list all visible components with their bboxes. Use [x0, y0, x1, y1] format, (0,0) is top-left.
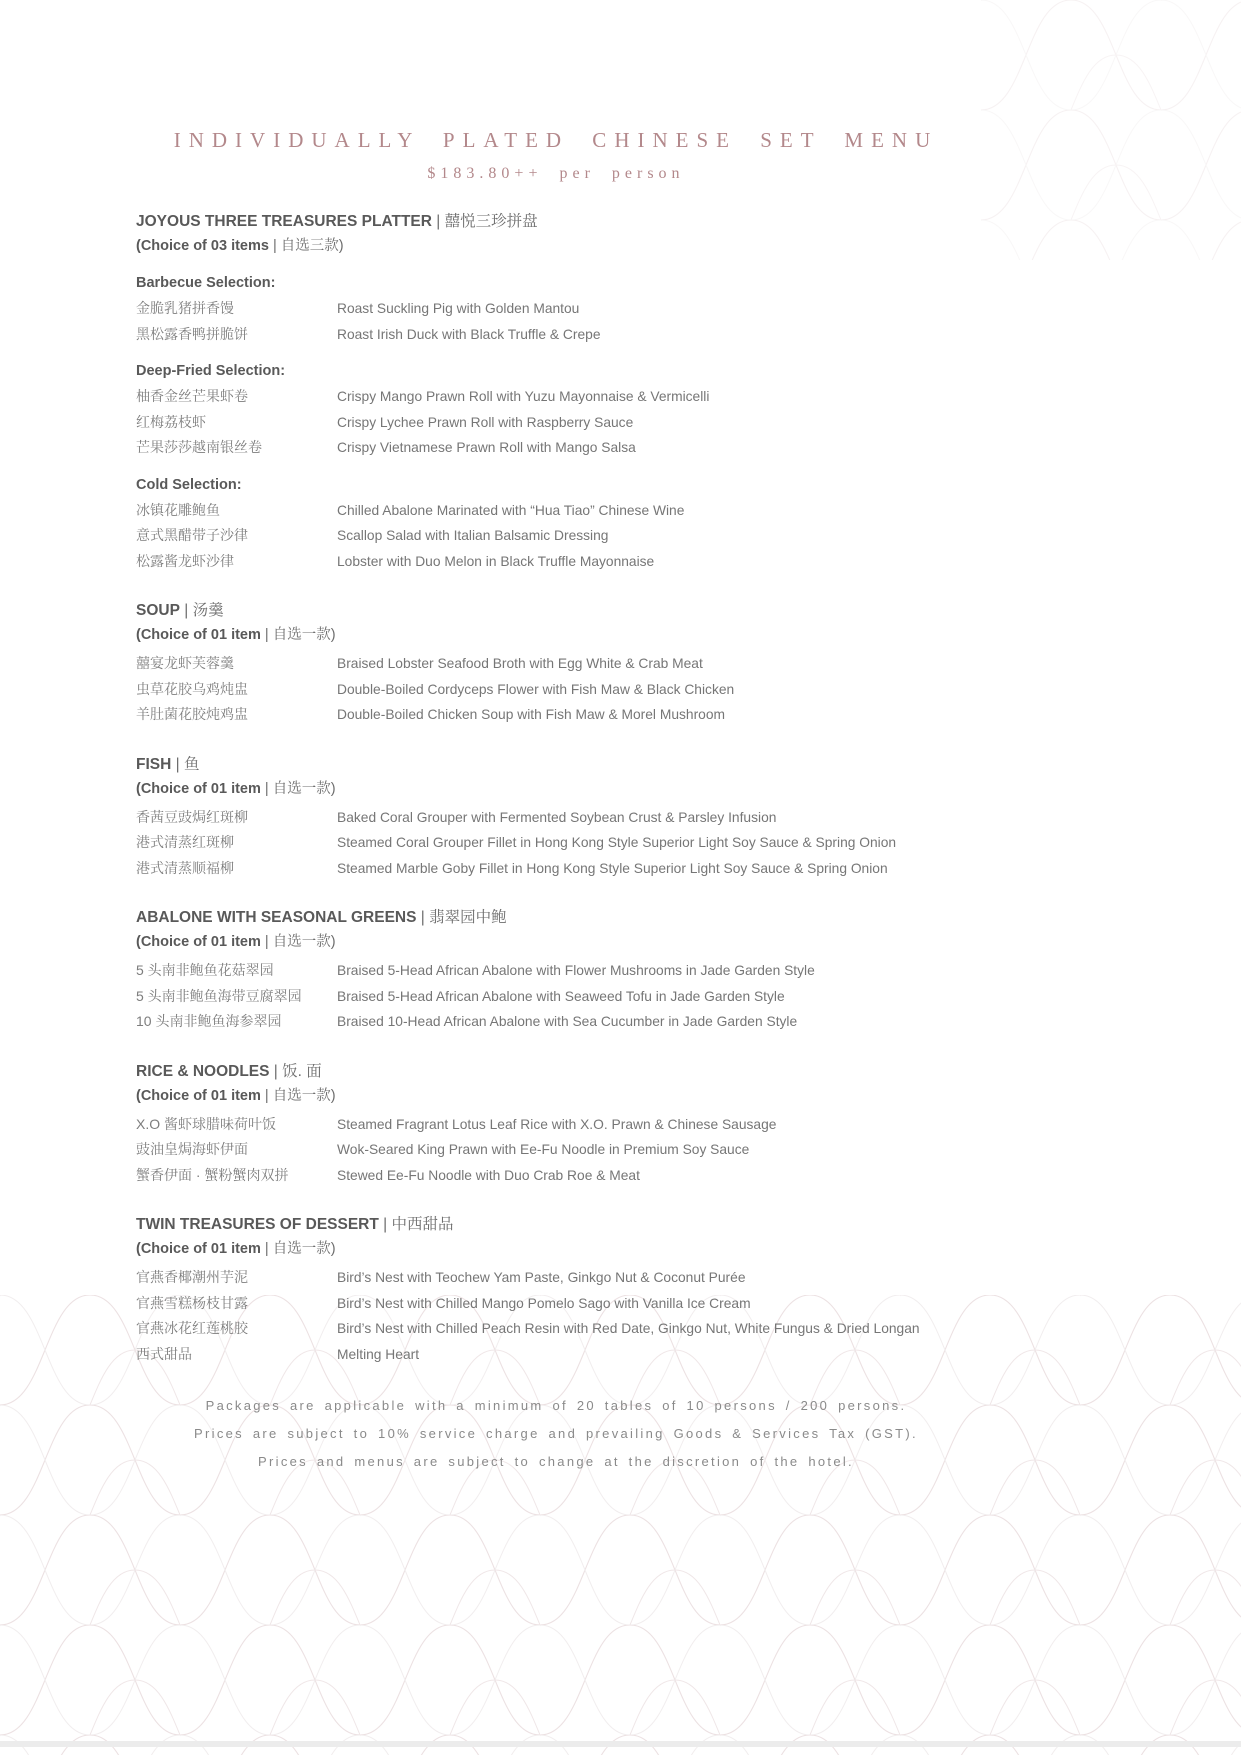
section-choice-en: (Choice of 01 item [136, 627, 261, 643]
section-choice-cn: | 自选一款) [261, 1241, 336, 1257]
menu-item-row: 囍宴龙虾芙蓉羹Braised Lobster Seafood Broth wit… [136, 651, 976, 677]
item-name-cn: 羊肚菌花胶炖鸡盅 [136, 702, 337, 728]
page-bottom-band [0, 1741, 1241, 1747]
section-choice-en: (Choice of 01 item [136, 934, 261, 950]
item-desc-en: Braised Lobster Seafood Broth with Egg W… [337, 651, 703, 677]
item-desc-en: Braised 5-Head African Abalone with Seaw… [337, 984, 785, 1010]
menu-page: INDIVIDUALLY PLATED CHINESE SET MENU $18… [0, 0, 1241, 1755]
menu-item-row: 芒果莎莎越南银丝卷Crispy Vietnamese Prawn Roll wi… [136, 435, 976, 461]
item-desc-en: Bird’s Nest with Chilled Mango Pomelo Sa… [337, 1291, 751, 1317]
menu-item-row: 豉油皇焗海虾伊面Wok-Seared King Prawn with Ee-Fu… [136, 1137, 976, 1163]
section-heading: FISH | 鱼 [136, 752, 976, 777]
section-heading: SOUP | 汤羹 [136, 598, 976, 623]
menu-section: RICE & NOODLES | 饭. 面(Choice of 01 item … [136, 1059, 976, 1189]
menu-item-row: 官燕香椰潮州芋泥Bird’s Nest with Teochew Yam Pas… [136, 1265, 976, 1291]
section-heading-cn: | 饭. 面 [269, 1063, 321, 1080]
item-name-cn: 5 头南非鲍鱼海带豆腐翠园 [136, 984, 337, 1010]
item-desc-en: Baked Coral Grouper with Fermented Soybe… [337, 805, 776, 831]
section-choice: (Choice of 03 items | 自选三款) [136, 234, 976, 259]
menu-item-row: 松露酱龙虾沙律Lobster with Duo Melon in Black T… [136, 549, 976, 575]
item-name-cn: 冰镇花雕鲍鱼 [136, 498, 337, 524]
menu-item-row: 香茜豆豉焗红斑柳Baked Coral Grouper with Ferment… [136, 805, 976, 831]
item-name-cn: 西式甜品 [136, 1342, 337, 1368]
menu-section: FISH | 鱼(Choice of 01 item | 自选一款)香茜豆豉焗红… [136, 752, 976, 882]
section-choice-en: (Choice of 01 item [136, 1241, 261, 1257]
section-choice: (Choice of 01 item | 自选一款) [136, 1084, 976, 1109]
item-name-cn: 蟹香伊面 · 蟹粉蟹肉双拼 [136, 1163, 337, 1189]
menu-item-row: 虫草花胶乌鸡炖盅Double-Boiled Cordyceps Flower w… [136, 677, 976, 703]
item-desc-en: Braised 5-Head African Abalone with Flow… [337, 958, 815, 984]
menu-item-row: 5 头南非鲍鱼花菇翠园Braised 5-Head African Abalon… [136, 958, 976, 984]
section-heading-en: FISH [136, 756, 171, 773]
item-desc-en: Crispy Mango Prawn Roll with Yuzu Mayonn… [337, 384, 709, 410]
item-name-cn: 10 头南非鲍鱼海参翠园 [136, 1009, 337, 1035]
item-desc-en: Steamed Marble Goby Fillet in Hong Kong … [337, 856, 888, 882]
section-choice-cn: | 自选一款) [261, 1088, 336, 1104]
item-name-cn: 港式清蒸红斑柳 [136, 830, 337, 856]
item-desc-en: Bird’s Nest with Teochew Yam Paste, Gink… [337, 1265, 746, 1291]
menu-item-row: 意式黑醋带子沙律Scallop Salad with Italian Balsa… [136, 523, 976, 549]
item-desc-en: Stewed Ee-Fu Noodle with Duo Crab Roe & … [337, 1163, 640, 1189]
menu-item-row: 10 头南非鲍鱼海参翠园Braised 10-Head African Abal… [136, 1009, 976, 1035]
menu-item-row: 羊肚菌花胶炖鸡盅Double-Boiled Chicken Soup with … [136, 702, 976, 728]
item-name-cn: 官燕冰花红莲桃胶 [136, 1316, 337, 1342]
section-heading-en: JOYOUS THREE TREASURES PLATTER [136, 213, 432, 230]
item-name-cn: 红梅荔枝虾 [136, 410, 337, 436]
menu-item-row: 红梅荔枝虾Crispy Lychee Prawn Roll with Raspb… [136, 410, 976, 436]
menu-section: ABALONE WITH SEASONAL GREENS | 翡翠园中鲍(Cho… [136, 905, 976, 1035]
item-desc-en: Double-Boiled Chicken Soup with Fish Maw… [337, 702, 725, 728]
menu-footer: Packages are applicable with a minimum o… [136, 1392, 976, 1476]
subsection-label: Barbecue Selection: [136, 271, 976, 296]
section-choice-cn: | 自选一款) [261, 781, 336, 797]
item-desc-en: Crispy Vietnamese Prawn Roll with Mango … [337, 435, 636, 461]
menu-item-row: 冰镇花雕鲍鱼Chilled Abalone Marinated with “Hu… [136, 498, 976, 524]
item-desc-en: Scallop Salad with Italian Balsamic Dres… [337, 523, 608, 549]
section-choice-cn: | 自选三款) [269, 238, 344, 254]
item-name-cn: 官燕香椰潮州芋泥 [136, 1265, 337, 1291]
subsection-label: Deep-Fried Selection: [136, 359, 976, 384]
item-name-cn: 芒果莎莎越南银丝卷 [136, 435, 337, 461]
section-choice-en: (Choice of 01 item [136, 1088, 261, 1104]
section-heading: ABALONE WITH SEASONAL GREENS | 翡翠园中鲍 [136, 905, 976, 930]
item-desc-en: Steamed Fragrant Lotus Leaf Rice with X.… [337, 1112, 776, 1138]
item-name-cn: 香茜豆豉焗红斑柳 [136, 805, 337, 831]
subsection-label: Cold Selection: [136, 473, 976, 498]
section-choice: (Choice of 01 item | 自选一款) [136, 623, 976, 648]
footer-line: Prices are subject to 10% service charge… [136, 1420, 976, 1448]
menu-item-row: 黑松露香鸭拼脆饼Roast Irish Duck with Black Truf… [136, 322, 976, 348]
section-heading: TWIN TREASURES OF DESSERT | 中西甜品 [136, 1212, 976, 1237]
menu-item-row: 蟹香伊面 · 蟹粉蟹肉双拼Stewed Ee-Fu Noodle with Du… [136, 1163, 976, 1189]
section-heading-en: SOUP [136, 602, 180, 619]
section-heading-en: ABALONE WITH SEASONAL GREENS [136, 909, 416, 926]
item-name-cn: 松露酱龙虾沙律 [136, 549, 337, 575]
section-choice-cn: | 自选一款) [261, 934, 336, 950]
section-heading-cn: | 中西甜品 [379, 1216, 454, 1233]
section-choice: (Choice of 01 item | 自选一款) [136, 777, 976, 802]
item-name-cn: 港式清蒸顺福柳 [136, 856, 337, 882]
footer-line: Prices and menus are subject to change a… [136, 1448, 976, 1476]
item-name-cn: 金脆乳猪拼香馒 [136, 296, 337, 322]
section-heading-cn: | 鱼 [171, 756, 199, 773]
item-name-cn: 囍宴龙虾芙蓉羹 [136, 651, 337, 677]
menu-item-row: 港式清蒸红斑柳Steamed Coral Grouper Fillet in H… [136, 830, 976, 856]
decorative-wave-pattern-top [981, 0, 1241, 260]
section-heading-cn: | 囍悦三珍拼盘 [432, 213, 538, 230]
menu-item-row: 官燕冰花红莲桃胶Bird’s Nest with Chilled Peach R… [136, 1316, 976, 1342]
section-heading-cn: | 汤羹 [180, 602, 224, 619]
menu-item-row: 港式清蒸顺福柳Steamed Marble Goby Fillet in Hon… [136, 856, 976, 882]
menu-sections: JOYOUS THREE TREASURES PLATTER | 囍悦三珍拼盘(… [136, 209, 976, 1367]
section-heading-en: RICE & NOODLES [136, 1063, 269, 1080]
item-desc-en: Roast Irish Duck with Black Truffle & Cr… [337, 322, 601, 348]
price-line: $183.80++ per person [136, 165, 976, 183]
item-name-cn: 豉油皇焗海虾伊面 [136, 1137, 337, 1163]
section-heading-en: TWIN TREASURES OF DESSERT [136, 1216, 379, 1233]
section-heading-cn: | 翡翠园中鲍 [416, 909, 506, 926]
menu-item-row: 金脆乳猪拼香馒Roast Suckling Pig with Golden Ma… [136, 296, 976, 322]
menu-item-row: 柚香金丝芒果虾卷Crispy Mango Prawn Roll with Yuz… [136, 384, 976, 410]
footer-line: Packages are applicable with a minimum o… [136, 1392, 976, 1420]
item-name-cn: 5 头南非鲍鱼花菇翠园 [136, 958, 337, 984]
item-desc-en: Roast Suckling Pig with Golden Mantou [337, 296, 579, 322]
section-choice-cn: | 自选一款) [261, 627, 336, 643]
menu-section: JOYOUS THREE TREASURES PLATTER | 囍悦三珍拼盘(… [136, 209, 976, 574]
item-desc-en: Double-Boiled Cordyceps Flower with Fish… [337, 677, 734, 703]
section-choice: (Choice of 01 item | 自选一款) [136, 1237, 976, 1262]
menu-content: INDIVIDUALLY PLATED CHINESE SET MENU $18… [136, 128, 976, 1367]
item-name-cn: 虫草花胶乌鸡炖盅 [136, 677, 337, 703]
section-heading: RICE & NOODLES | 饭. 面 [136, 1059, 976, 1084]
item-desc-en: Melting Heart [337, 1342, 419, 1368]
item-name-cn: 意式黑醋带子沙律 [136, 523, 337, 549]
menu-item-row: 官燕雪糕杨枝甘露Bird’s Nest with Chilled Mango P… [136, 1291, 976, 1317]
item-name-cn: 黑松露香鸭拼脆饼 [136, 322, 337, 348]
menu-section: SOUP | 汤羹(Choice of 01 item | 自选一款)囍宴龙虾芙… [136, 598, 976, 728]
menu-item-row: 西式甜品Melting Heart [136, 1342, 976, 1368]
section-choice: (Choice of 01 item | 自选一款) [136, 930, 976, 955]
item-desc-en: Crispy Lychee Prawn Roll with Raspberry … [337, 410, 633, 436]
page-title: INDIVIDUALLY PLATED CHINESE SET MENU [136, 128, 976, 153]
section-heading: JOYOUS THREE TREASURES PLATTER | 囍悦三珍拼盘 [136, 209, 976, 234]
section-choice-en: (Choice of 03 items [136, 238, 269, 254]
menu-item-row: X.O 酱虾球腊味荷叶饭Steamed Fragrant Lotus Leaf … [136, 1112, 976, 1138]
item-desc-en: Braised 10-Head African Abalone with Sea… [337, 1009, 797, 1035]
item-desc-en: Chilled Abalone Marinated with “Hua Tiao… [337, 498, 684, 524]
menu-section: TWIN TREASURES OF DESSERT | 中西甜品(Choice … [136, 1212, 976, 1367]
item-desc-en: Bird’s Nest with Chilled Peach Resin wit… [337, 1316, 920, 1342]
item-name-cn: 官燕雪糕杨枝甘露 [136, 1291, 337, 1317]
item-desc-en: Wok-Seared King Prawn with Ee-Fu Noodle … [337, 1137, 749, 1163]
menu-item-row: 5 头南非鲍鱼海带豆腐翠园Braised 5-Head African Abal… [136, 984, 976, 1010]
item-name-cn: X.O 酱虾球腊味荷叶饭 [136, 1112, 337, 1138]
item-desc-en: Lobster with Duo Melon in Black Truffle … [337, 549, 654, 575]
item-desc-en: Steamed Coral Grouper Fillet in Hong Kon… [337, 830, 896, 856]
section-choice-en: (Choice of 01 item [136, 781, 261, 797]
item-name-cn: 柚香金丝芒果虾卷 [136, 384, 337, 410]
